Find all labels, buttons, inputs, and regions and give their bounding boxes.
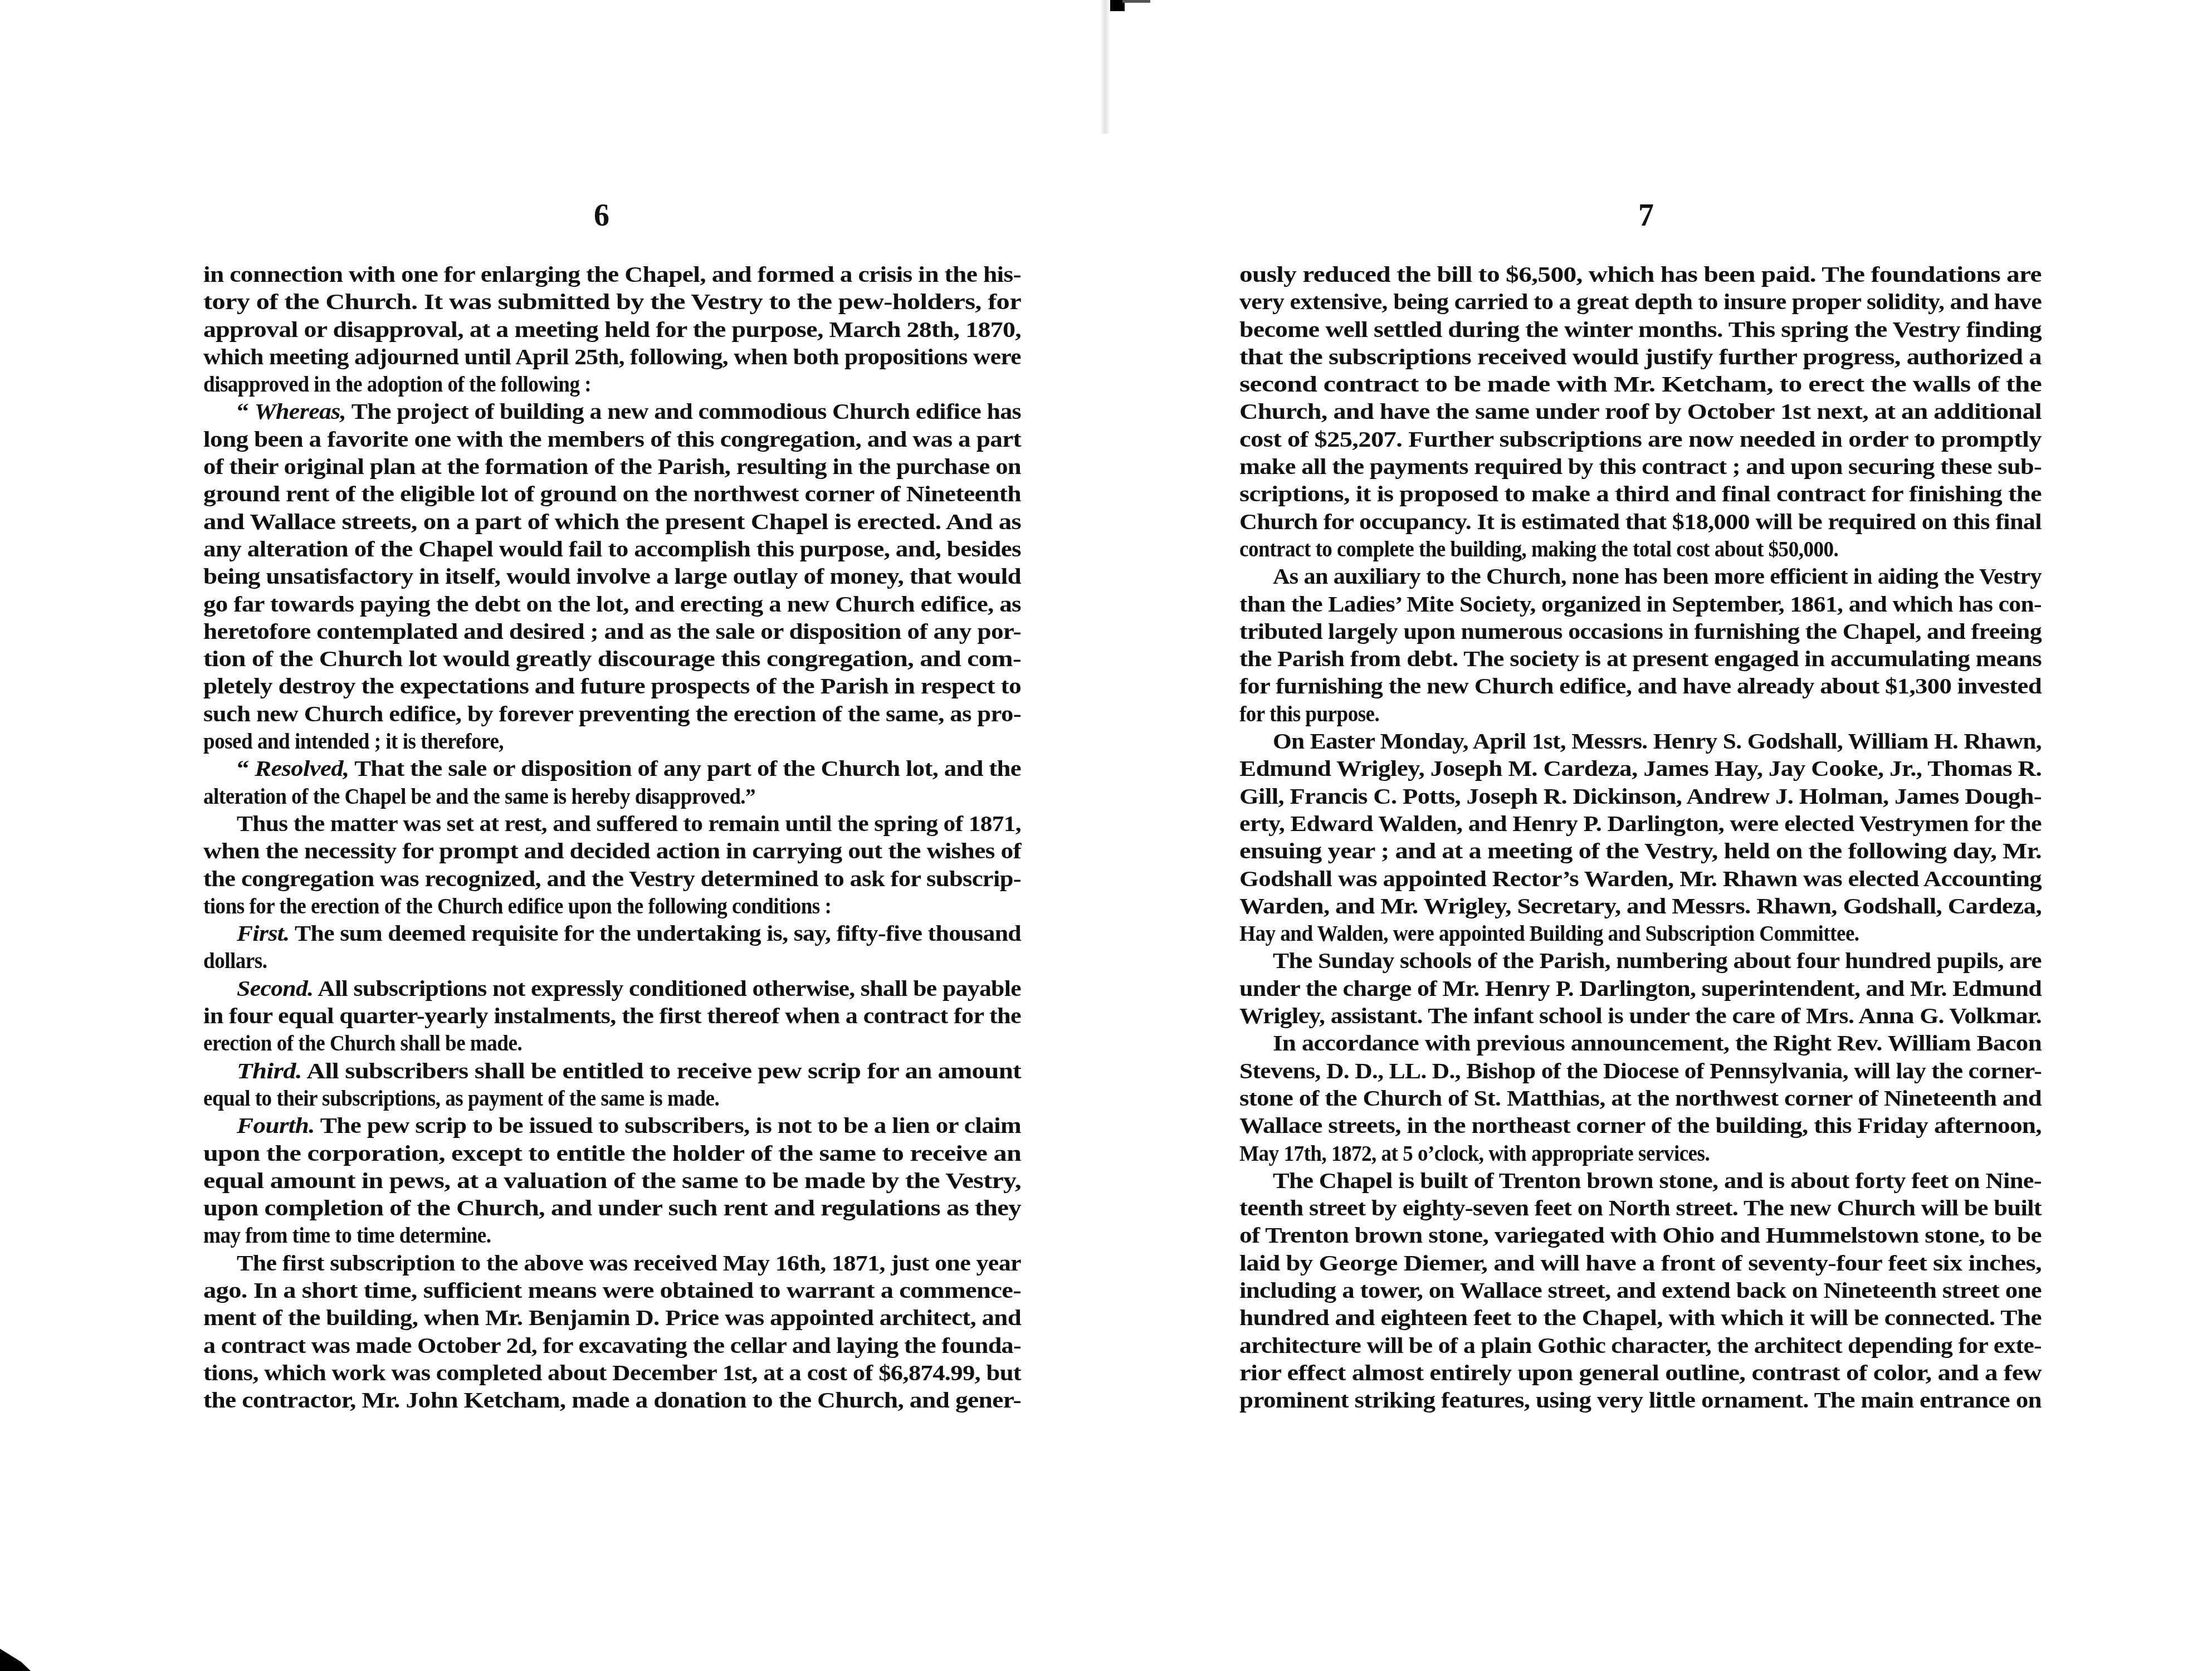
text-line: the contractor, Mr. John Ketcham, made a… — [203, 1386, 1021, 1414]
text-line: may from time to time determine. — [203, 1222, 1021, 1249]
text-line: in connection with one for enlarging the… — [203, 261, 1021, 288]
text-line: tory of the Church. It was submitted by … — [203, 288, 1021, 315]
text-line: Wallace streets, in the northeast corner… — [1239, 1112, 2042, 1139]
text-line: equal amount in pews, at a valuation of … — [203, 1167, 1021, 1194]
text-line: Godshall was appointed Rector’s Warden, … — [1239, 865, 2042, 892]
text-line: disapproved in the adoption of the follo… — [203, 370, 1021, 398]
text-line: architecture will be of a plain Gothic c… — [1239, 1332, 2042, 1359]
italic-lead-word: Second. — [237, 976, 313, 1001]
text-line: which meeting adjourned until April 25th… — [203, 343, 1021, 370]
text-line: On Easter Monday, April 1st, Messrs. Hen… — [1239, 727, 2042, 755]
text-line: of Trenton brown stone, variegated with … — [1239, 1222, 2042, 1249]
text-line: Gill, Francis C. Potts, Joseph R. Dickin… — [1239, 783, 2042, 810]
text-line: The Sunday schools of the Parish, number… — [1239, 947, 2042, 974]
text-line: long been a favorite one with the member… — [203, 426, 1021, 453]
right-page: 7 ously reduced the bill to $6,500, whic… — [1106, 0, 2212, 1671]
text-line: for furnishing the new Church edifice, a… — [1239, 672, 2042, 700]
text-line: that the subscriptions received would ju… — [1239, 343, 2042, 370]
text-line: laid by George Diemer, and will have a f… — [1239, 1249, 2042, 1277]
text-line: being unsatisfactory in itself, would in… — [203, 563, 1021, 590]
left-page: 6 in connection with one for enlarging t… — [0, 0, 1106, 1671]
text-line: rior effect almost entirely upon general… — [1239, 1359, 2042, 1386]
text-line: Hay and Walden, were appointed Building … — [1239, 920, 2042, 947]
text-line: any alteration of the Chapel would fail … — [203, 535, 1021, 563]
text-line: Wrigley, assistant. The infant school is… — [1239, 1002, 2042, 1029]
text-line: stone of the Church of St. Matthias, at … — [1239, 1084, 2042, 1112]
text-line: the congregation was recognized, and the… — [203, 865, 1021, 892]
text-line: go far towards paying the debt on the lo… — [203, 590, 1021, 618]
text-line: when the necessity for prompt and decide… — [203, 837, 1021, 864]
text-line: upon completion of the Church, and under… — [203, 1194, 1021, 1222]
text-line: equal to their subscriptions, as payment… — [203, 1084, 1021, 1112]
italic-lead-word: Whereas, — [255, 399, 346, 424]
text-line: very extensive, being carried to a great… — [1239, 288, 2042, 315]
text-line: approval or disapproval, at a meeting he… — [203, 316, 1021, 343]
text-line: including a tower, on Wallace street, an… — [1239, 1277, 2042, 1304]
text-line: Warden, and Mr. Wrigley, Secretary, and … — [1239, 892, 2042, 920]
page-body-text: ously reduced the bill to $6,500, which … — [1239, 261, 2042, 1414]
text-line: alteration of the Chapel be and the same… — [203, 783, 1021, 810]
text-line: posed and intended ; it is therefore, — [203, 727, 1021, 755]
text-line: As an auxiliary to the Church, none has … — [1239, 563, 2042, 590]
italic-lead-word: Third. — [237, 1058, 302, 1083]
text-line: tributed largely upon numerous occasions… — [1239, 618, 2042, 645]
text-line: ground rent of the eligible lot of groun… — [203, 480, 1021, 507]
text-line: than the Ladies’ Mite Society, organized… — [1239, 590, 2042, 618]
italic-lead-word: First. — [237, 921, 290, 946]
text-line: a contract was made October 2d, for exca… — [203, 1332, 1021, 1359]
page-number: 7 — [1624, 198, 1668, 233]
text-line: Church for occupancy. It is estimated th… — [1239, 508, 2042, 535]
text-line: Church, and have the same under roof by … — [1239, 398, 2042, 425]
text-line: for this purpose. — [1239, 700, 2042, 727]
text-line: Third. All subscribers shall be entitled… — [203, 1057, 1021, 1084]
text-line: tion of the Church lot would greatly dis… — [203, 645, 1021, 672]
text-line: ment of the building, when Mr. Benjamin … — [203, 1304, 1021, 1331]
text-line: tions, which work was completed about De… — [203, 1359, 1021, 1386]
page-body-text: in connection with one for enlarging the… — [203, 261, 1021, 1414]
text-line: hundred and eighteen feet to the Chapel,… — [1239, 1304, 2042, 1331]
text-line: dollars. — [203, 947, 1021, 974]
page-number: 6 — [579, 198, 624, 233]
text-line: ago. In a short time, sufficient means w… — [203, 1277, 1021, 1304]
italic-lead-word: Resolved, — [255, 756, 349, 781]
text-line: ously reduced the bill to $6,500, which … — [1239, 261, 2042, 288]
text-line: and Wallace streets, on a part of which … — [203, 508, 1021, 535]
text-line: such new Church edifice, by forever prev… — [203, 700, 1021, 727]
text-line: In accordance with previous announcement… — [1239, 1029, 2042, 1057]
text-line: The Chapel is built of Trenton brown sto… — [1239, 1167, 2042, 1194]
text-line: ensuing year ; and at a meeting of the V… — [1239, 837, 2042, 864]
text-line: The first subscription to the above was … — [203, 1249, 1021, 1277]
text-line: First. The sum deemed requisite for the … — [203, 920, 1021, 947]
text-line: under the charge of Mr. Henry P. Darling… — [1239, 975, 2042, 1002]
text-line: second contract to be made with Mr. Ketc… — [1239, 370, 2042, 398]
text-line: erty, Edward Walden, and Henry P. Darlin… — [1239, 810, 2042, 837]
text-line: tions for the erection of the Church edi… — [203, 892, 1021, 920]
text-line: the Parish from debt. The society is at … — [1239, 645, 2042, 672]
text-line: become well settled during the winter mo… — [1239, 316, 2042, 343]
text-line: Stevens, D. D., LL. D., Bishop of the Di… — [1239, 1057, 2042, 1084]
text-line: contract to complete the building, makin… — [1239, 535, 2042, 563]
text-line: make all the payments required by this c… — [1239, 453, 2042, 480]
text-line: teenth street by eighty-seven feet on No… — [1239, 1194, 2042, 1222]
text-line: heretofore contemplated and desired ; an… — [203, 618, 1021, 645]
text-line: erection of the Church shall be made. — [203, 1029, 1021, 1057]
text-line: prominent striking features, using very … — [1239, 1386, 2042, 1414]
italic-lead-word: Fourth. — [237, 1113, 315, 1138]
text-line: Edmund Wrigley, Joseph M. Cardeza, James… — [1239, 755, 2042, 782]
text-line: “ Whereas, The project of building a new… — [203, 398, 1021, 425]
text-line: upon the corporation, except to entitle … — [203, 1140, 1021, 1167]
text-line: May 17th, 1872, at 5 o’clock, with appro… — [1239, 1140, 2042, 1167]
text-line: “ Resolved, That the sale or disposition… — [203, 755, 1021, 782]
text-line: Fourth. The pew scrip to be issued to su… — [203, 1112, 1021, 1139]
book-spread: 6 in connection with one for enlarging t… — [0, 0, 2212, 1671]
text-line: in four equal quarter-yearly instalments… — [203, 1002, 1021, 1029]
text-line: Second. All subscriptions not expressly … — [203, 975, 1021, 1002]
text-line: of their original plan at the formation … — [203, 453, 1021, 480]
text-line: cost of $25,207. Further subscriptions a… — [1239, 426, 2042, 453]
text-line: Thus the matter was set at rest, and suf… — [203, 810, 1021, 837]
text-line: scriptions, it is proposed to make a thi… — [1239, 480, 2042, 507]
text-line: pletely destroy the expectations and fut… — [203, 672, 1021, 700]
